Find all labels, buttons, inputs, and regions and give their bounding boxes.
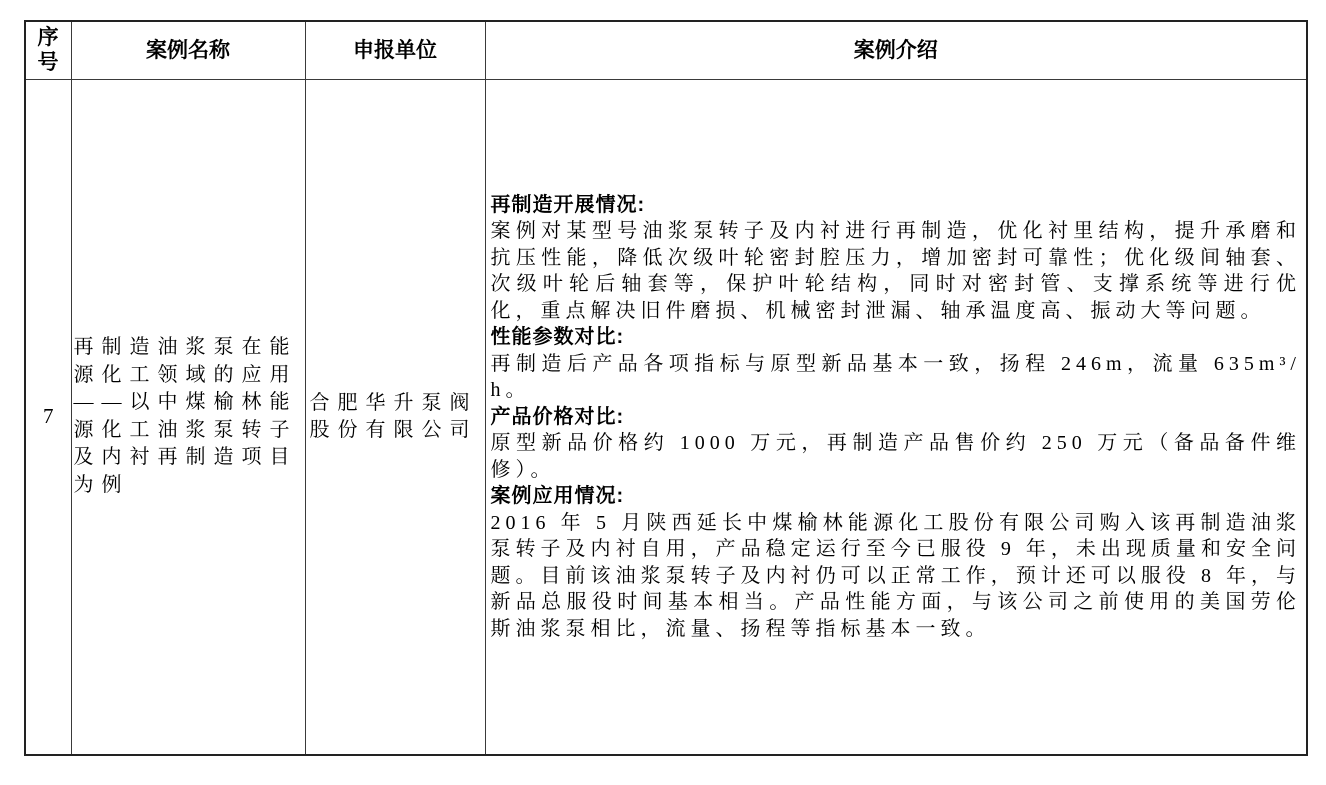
table-row: 7 再制造油浆泵在能源化工领域的应用——以中煤榆林能源化工油浆泵转子及内衬再制造… — [25, 79, 1307, 755]
cell-introduction: 再制造开展情况: 案例对某型号油浆泵转子及内衬进行再制造，优化衬里结构，提升承磨… — [485, 79, 1307, 755]
intro-section-application: 案例应用情况: 2016 年 5 月陕西延长中煤榆林能源化工股份有限公司购入该再… — [491, 483, 1302, 642]
header-case-name: 案例名称 — [71, 21, 305, 79]
header-organization: 申报单位 — [305, 21, 485, 79]
table-header-row: 序 号 案例名称 申报单位 案例介绍 — [25, 21, 1307, 79]
intro-section-remanufacturing: 再制造开展情况: 案例对某型号油浆泵转子及内衬进行再制造，优化衬里结构，提升承磨… — [491, 192, 1302, 325]
section-heading: 性能参数对比: — [491, 324, 1302, 351]
header-introduction: 案例介绍 — [485, 21, 1307, 79]
cell-organization: 合肥华升泵阀股份有限公司 — [305, 79, 485, 755]
document-page: 序 号 案例名称 申报单位 案例介绍 7 再制造油浆泵在能源化工领域的应用——以… — [0, 0, 1326, 785]
section-body: 2016 年 5 月陕西延长中煤榆林能源化工股份有限公司购入该再制造油浆泵转子及… — [491, 510, 1302, 643]
section-heading: 案例应用情况: — [491, 483, 1302, 510]
section-body: 原型新品价格约 1000 万元，再制造产品售价约 250 万元（备品备件维修）。 — [491, 430, 1302, 483]
section-heading: 产品价格对比: — [491, 404, 1302, 431]
intro-section-price: 产品价格对比: 原型新品价格约 1000 万元，再制造产品售价约 250 万元（… — [491, 404, 1302, 484]
header-index: 序 号 — [25, 21, 71, 79]
case-name-text: 再制造油浆泵在能源化工领域的应用——以中煤榆林能源化工油浆泵转子及内衬再制造项目… — [74, 334, 303, 499]
section-body: 案例对某型号油浆泵转子及内衬进行再制造，优化衬里结构，提升承磨和抗压性能，降低次… — [491, 218, 1302, 324]
case-table: 序 号 案例名称 申报单位 案例介绍 7 再制造油浆泵在能源化工领域的应用——以… — [24, 20, 1308, 756]
organization-text: 合肥华升泵阀股份有限公司 — [310, 390, 481, 444]
section-heading: 再制造开展情况: — [491, 192, 1302, 219]
cell-index: 7 — [25, 79, 71, 755]
section-body: 再制造后产品各项指标与原型新品基本一致，扬程 246m，流量 635m³/h。 — [491, 351, 1302, 404]
intro-section-performance: 性能参数对比: 再制造后产品各项指标与原型新品基本一致，扬程 246m，流量 6… — [491, 324, 1302, 404]
cell-case-name: 再制造油浆泵在能源化工领域的应用——以中煤榆林能源化工油浆泵转子及内衬再制造项目… — [71, 79, 305, 755]
